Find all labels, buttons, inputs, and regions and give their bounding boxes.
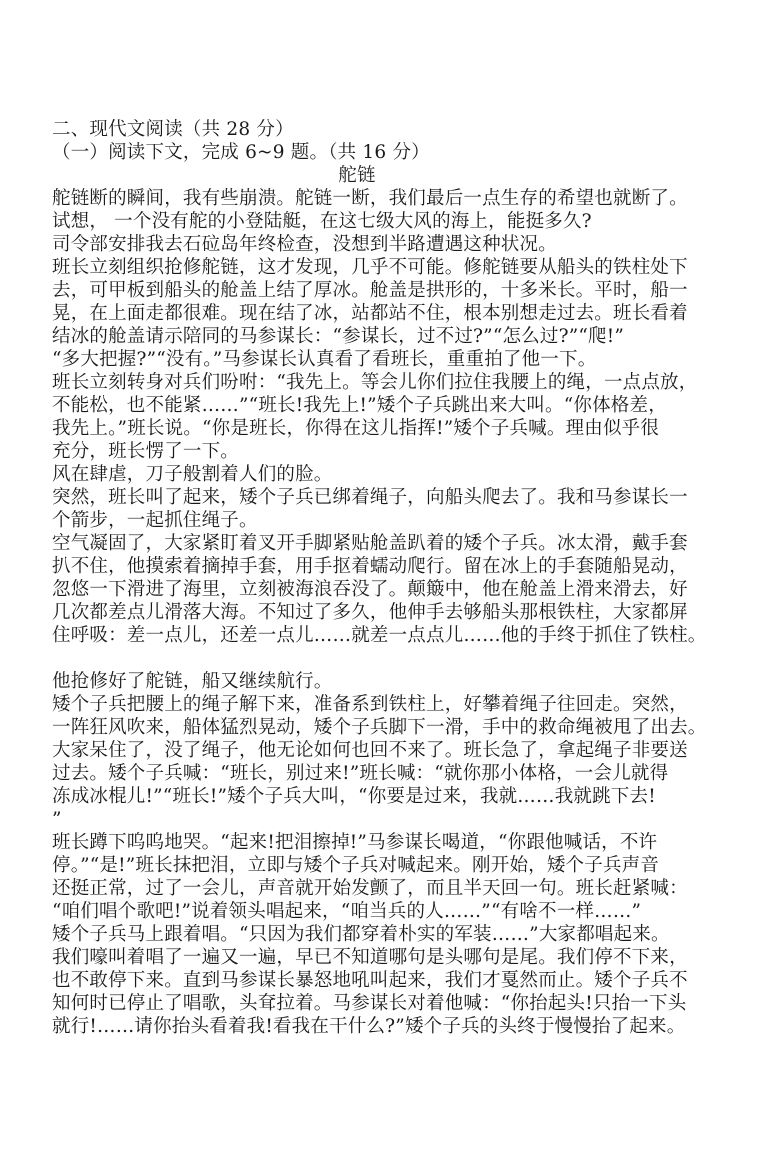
paragraph-line: 还挺正常，过了一会儿，声音就开始发颤了，而且半天回一句。班长赶紧喊： [52,877,682,900]
paragraph-line: 矮个子兵把腰上的绳子解下来，准备系到铁柱上，好攀着绳子往回走。突然， [52,693,682,716]
paragraph-line: 风在肆虐，刀子般割着人们的脸。 [52,463,682,486]
paragraph-line: 过去。矮个子兵喊：“班长，别过来!”班长喊：“就你那小体格，一会儿就得 [52,762,682,785]
paragraph-line: “咱们唱个歌吧!”说着领头唱起来，“咱当兵的人……”“有啥不一样……” [52,900,682,923]
paragraph-line: “多大把握?”“没有。”马参谋长认真看了看班长，重重拍了他一下。 [52,348,682,371]
paragraph-line: 也不敢停下来。直到马参谋长暴怒地吼叫起来，我们才戛然而止。矮个子兵不 [52,969,682,992]
article-title: 舵链 [52,164,682,187]
paragraph-line: 几次都差点儿滑落大海。不知过了多久，他伸手去够船头那根铁柱，大家都屏 [52,601,682,624]
paragraph-line: 扒不住，他摸索着摘掉手套，用手抠着蠕动爬行。留在冰上的手套随船晃动， [52,555,682,578]
paragraph-line: 他抢修好了舵链，船又继续航行。 [52,670,682,693]
paragraph-line: 个箭步，一起抓住绳子。 [52,509,682,532]
paragraph-line: 班长蹲下呜呜地哭。“起来!把泪擦掉!”马参谋长喝道，“你跟他喊话，不许 [52,831,682,854]
paragraph-line: 突然，班长叫了起来，矮个子兵已绑着绳子，向船头爬去了。我和马参谋长一 [52,486,682,509]
section-subheading: （一）阅读下文，完成 6~9 题。（共 16 分） [52,141,682,164]
paragraph-line: 司令部安排我去石砬岛年终检查，没想到半路遭遇这种状况。 [52,233,682,256]
paragraph-line: 就行!……请你抬头看着我!看我在干什么?”矮个子兵的头终于慢慢抬了起来。 [52,1015,682,1038]
section-heading: 二、现代文阅读（共 28 分） [52,118,682,141]
paragraph-line: 结冰的舱盖请示陪同的马参谋长：“参谋长，过不过?”“怎么过?”“爬!” [52,325,682,348]
paragraph-line: 充分，班长愣了一下。 [52,440,682,463]
paragraph-line: 冻成冰棍儿!”“班长!”矮个子兵大叫，“你要是过来，我就……我就跳下去! [52,785,682,808]
paragraph-line: 知何时已停止了唱歌，头耷拉着。马参谋长对着他喊：“你抬起头!只抬一下头 [52,992,682,1015]
paragraph-line: 舵链断的瞬间，我有些崩溃。舵链一断，我们最后一点生存的希望也就断了。 [52,187,682,210]
paragraph-line: 不能松，也不能紧……”“班长!我先上!”矮个子兵跳出来大叫。“你体格差， [52,394,682,417]
paragraph-line: 忽悠一下滑进了海里，立刻被海浪吞没了。颠簸中，他在舱盖上滑来滑去，好 [52,578,682,601]
paragraph-line: 班长立刻组织抢修舵链，这才发现，几乎不可能。修舵链要从船头的铁柱处下 [52,256,682,279]
paragraph-line: 大家呆住了，没了绳子，他无论如何也回不来了。班长急了，拿起绳子非要送 [52,739,682,762]
paragraph-line: 去，可甲板到船头的舱盖上结了厚冰。舱盖是拱形的，十多米长。平时，船一 [52,279,682,302]
paragraph-line: 我们嚎叫着唱了一遍又一遍，早已不知道哪句是头哪句是尾。我们停不下来， [52,946,682,969]
blank-line [52,647,682,670]
paragraph-line: 晃，在上面走都很难。现在结了冰，站都站不住，根本别想走过去。班长看着 [52,302,682,325]
paragraph-line: 停。”“是!”班长抹把泪，立即与矮个子兵对喊起来。刚开始，矮个子兵声音 [52,854,682,877]
paragraph-line: ” [52,808,682,831]
paragraph-line: 试想， 一个没有舵的小登陆艇，在这七级大风的海上，能挺多久? [52,210,682,233]
paragraph-line: 一阵狂风吹来，船体猛烈晃动，矮个子兵脚下一滑，手中的救命绳被甩了出去。 [52,716,682,739]
document-page: 二、现代文阅读（共 28 分） （一）阅读下文，完成 6~9 题。（共 16 分… [52,118,682,1038]
paragraph-line: 班长立刻转身对兵们吩咐：“我先上。等会儿你们拉住我腰上的绳，一点点放， [52,371,682,394]
paragraph-line: 我先上。”班长说。“你是班长，你得在这儿指挥!”矮个子兵喊。理由似乎很 [52,417,682,440]
paragraph-line: 住呼吸：差一点儿，还差一点儿……就差一点点儿……他的手终于抓住了铁柱。 [52,624,682,647]
paragraph-line: 空气凝固了，大家紧盯着叉开手脚紧贴舱盖趴着的矮个子兵。冰太滑，戴手套 [52,532,682,555]
paragraph-line: 矮个子兵马上跟着唱。“只因为我们都穿着朴实的军装……”大家都唱起来。 [52,923,682,946]
